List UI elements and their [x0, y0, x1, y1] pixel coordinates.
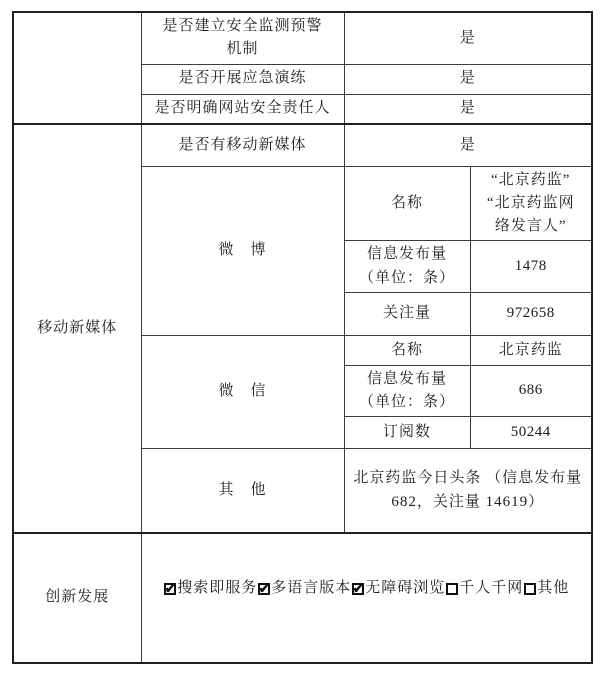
field-value: 972658: [470, 292, 592, 335]
field-label: 是否建立安全监测预警 机制: [141, 12, 344, 64]
field-value: 是: [344, 12, 592, 64]
checkbox-label: 搜索即服务: [177, 577, 257, 600]
document-page: 是否建立安全监测预警 机制 是 是否开展应急演练 是 是否明确网站安全责任人 是…: [0, 0, 603, 674]
field-value: 北京药监: [470, 335, 592, 365]
field-value: 50244: [470, 417, 592, 449]
table-row: 是否建立安全监测预警 机制 是: [13, 12, 592, 64]
section-cell-empty: [13, 12, 141, 124]
field-value: 北京药监今日头条 （信息发布量 682，关注量 14619）: [344, 449, 592, 533]
wechat-label: 微 信: [141, 335, 344, 449]
other-label: 其 他: [141, 449, 344, 533]
checkbox-label: 千人千网: [459, 577, 523, 600]
checkbox-option: 其他: [523, 577, 569, 600]
field-value: 是: [344, 94, 592, 124]
section-label-innovation: 创新发展: [13, 533, 141, 663]
innovation-options: ✔ 搜索即服务 ✔ 多语言版本 ✔ 无障碍浏览 千人千网: [146, 577, 588, 600]
table-row: 移动新媒体 是否有移动新媒体 是: [13, 124, 592, 166]
checkbox-label: 多语言版本: [271, 577, 351, 600]
field-value: 686: [470, 365, 592, 417]
checkbox-icon[interactable]: [446, 583, 458, 595]
checkbox-label: 其他: [537, 577, 569, 600]
checkbox-icon[interactable]: ✔: [258, 583, 270, 595]
field-label: 是否明确网站安全责任人: [141, 94, 344, 124]
field-value: 是: [344, 124, 592, 166]
section-label-mobile-media: 移动新媒体: [13, 124, 141, 533]
checkbox-label: 无障碍浏览: [365, 577, 445, 600]
field-value: 是: [344, 64, 592, 94]
field-label: 信息发布量 （单位：条）: [344, 241, 470, 293]
checkbox-icon[interactable]: ✔: [164, 583, 176, 595]
weibo-label: 微 博: [141, 166, 344, 335]
field-label: 关注量: [344, 292, 470, 335]
checkbox-option: ✔ 多语言版本: [257, 577, 351, 600]
field-label: 订阅数: [344, 417, 470, 449]
field-value: 1478: [470, 241, 592, 293]
field-label: 是否开展应急演练: [141, 64, 344, 94]
checkbox-icon[interactable]: ✔: [352, 583, 364, 595]
table-row: 创新发展 ✔ 搜索即服务 ✔ 多语言版本 ✔ 无障碍浏览: [13, 533, 592, 663]
field-label: 名称: [344, 335, 470, 365]
checkbox-option: ✔ 无障碍浏览: [351, 577, 445, 600]
checkbox-option: ✔ 搜索即服务: [163, 577, 257, 600]
field-value: “北京药监” “北京药监网 络发言人”: [470, 166, 592, 241]
field-label: 名称: [344, 166, 470, 241]
report-table: 是否建立安全监测预警 机制 是 是否开展应急演练 是 是否明确网站安全责任人 是…: [12, 11, 593, 664]
innovation-cell: ✔ 搜索即服务 ✔ 多语言版本 ✔ 无障碍浏览 千人千网: [141, 533, 592, 663]
field-label: 是否有移动新媒体: [141, 124, 344, 166]
field-label: 信息发布量 （单位：条）: [344, 365, 470, 417]
checkbox-option: 千人千网: [445, 577, 523, 600]
checkbox-icon[interactable]: [524, 583, 536, 595]
